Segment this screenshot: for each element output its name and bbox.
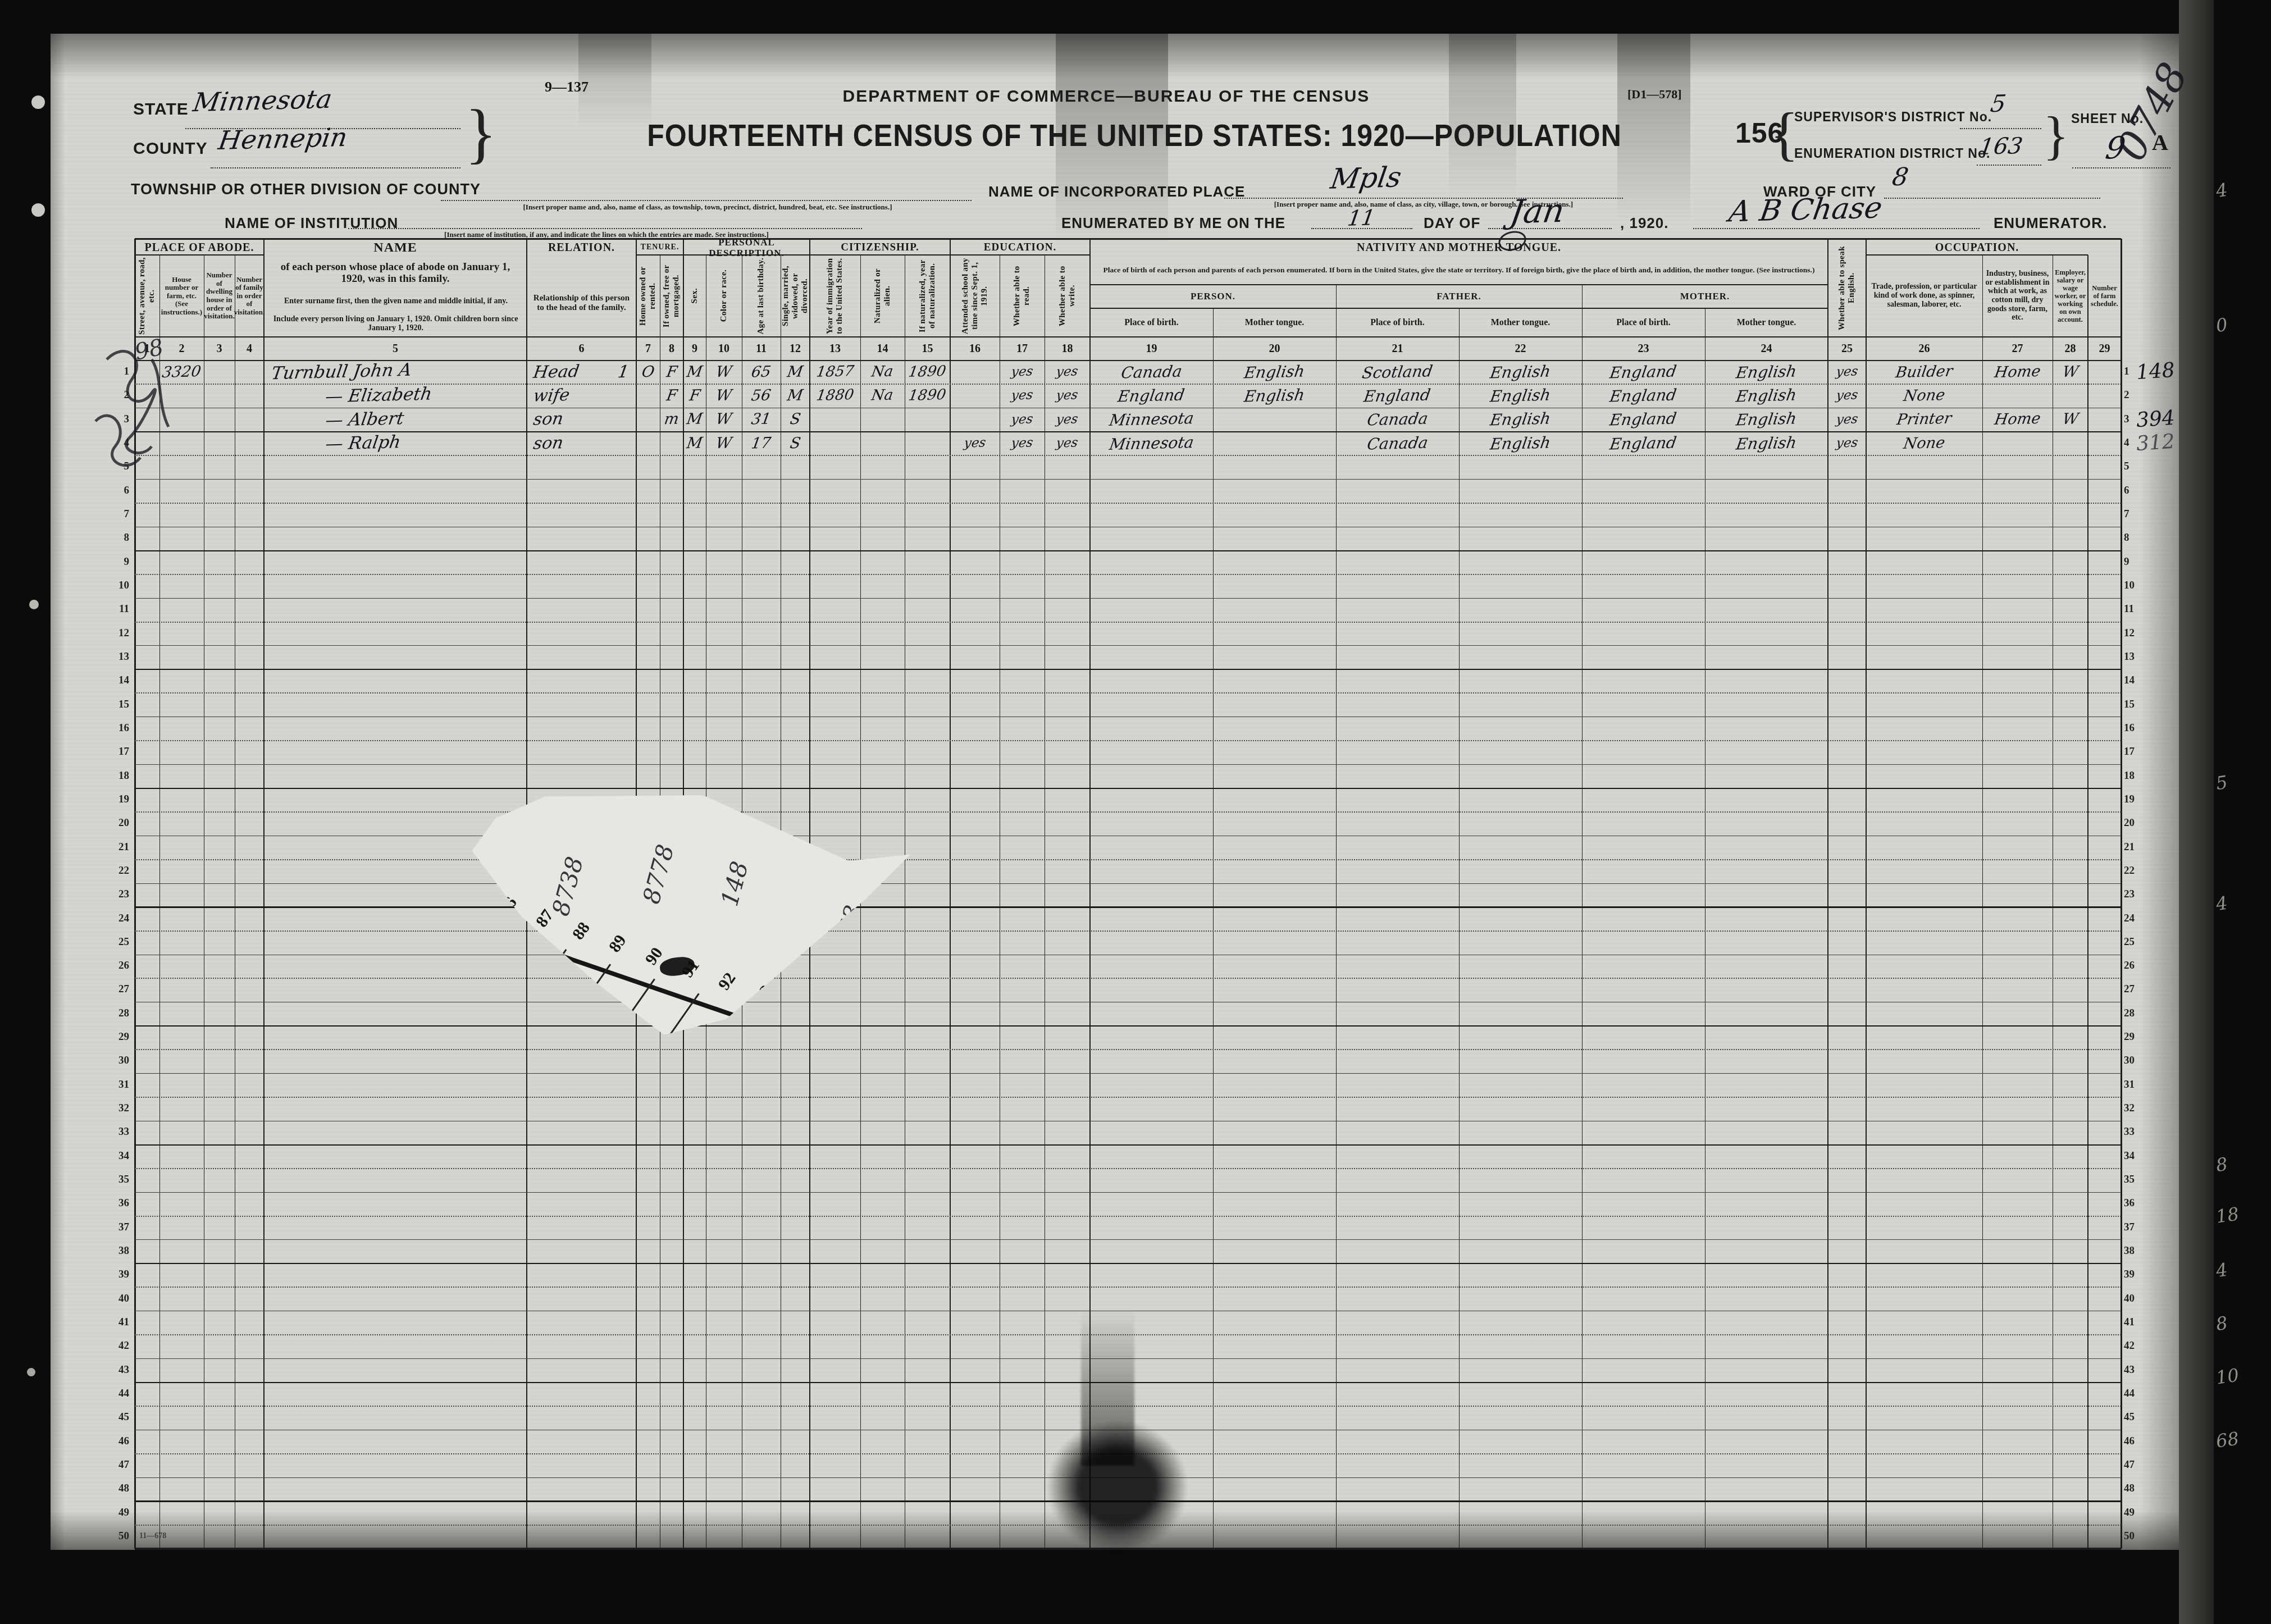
- table-vline: [1213, 308, 1214, 1549]
- table-vline: [1336, 285, 1337, 1549]
- line-number-right: 7: [2124, 508, 2141, 521]
- line-number-right: 37: [2124, 1221, 2141, 1234]
- line-number-left: 28: [109, 1007, 129, 1020]
- handwritten-entry: Home: [1993, 410, 2041, 428]
- column-header-text: Year of immigration to the United States…: [826, 257, 845, 335]
- fragment-scribble: 148: [715, 859, 754, 909]
- line-number-left: 30: [109, 1055, 129, 1067]
- handwritten-entry: 1890: [908, 387, 947, 405]
- row-cell: English: [1459, 382, 1582, 409]
- row-cell: Canada: [1336, 406, 1459, 433]
- line-number-right: 42: [2124, 1340, 2141, 1352]
- line-number-left: 24: [109, 913, 129, 925]
- line-number-right: 5: [2124, 460, 2141, 473]
- column-header-text: If naturalized, year of naturalization.: [918, 257, 937, 335]
- handwritten-entry: yes: [1835, 364, 1859, 380]
- edge-pen-mark: 8: [2214, 1153, 2228, 1176]
- line-number-right: 43: [2124, 1364, 2141, 1376]
- row-line: [135, 811, 2121, 813]
- row-cell: Minnesota: [1090, 406, 1213, 433]
- line-number-left: 38: [109, 1245, 129, 1257]
- row-line: [135, 764, 2121, 765]
- column-number: 28: [2053, 337, 2088, 361]
- row-cell: F: [660, 382, 683, 409]
- handwritten-entry: W: [2061, 363, 2080, 381]
- row-line: [135, 479, 2121, 480]
- column-header-vertical: Whether able to speak English.: [1828, 241, 1866, 335]
- line-number-left: 23: [109, 888, 129, 901]
- line-number-right: 34: [2124, 1150, 2141, 1162]
- column-header-vertical: Sex.: [683, 257, 706, 335]
- row-cell: 1890: [905, 382, 950, 409]
- column-number: 12: [781, 337, 810, 361]
- edge-pen-mark: 10: [2215, 1364, 2241, 1388]
- column-number: 10: [706, 337, 742, 361]
- row-line: [135, 622, 2121, 623]
- row-line: [135, 717, 2121, 717]
- line-number-right: 40: [2124, 1293, 2141, 1305]
- punch-hole: [31, 95, 45, 109]
- column-number: 20: [1213, 337, 1336, 361]
- row-cell: Printer: [1866, 406, 1982, 433]
- page-edge-strip: [2179, 0, 2214, 1624]
- handwritten-entry: 65: [750, 363, 772, 381]
- line-number-right: 35: [2124, 1174, 2141, 1186]
- line-number-right: 2: [2124, 389, 2141, 402]
- handwritten-entry: Canada: [1120, 362, 1183, 382]
- handwritten-entry: None: [1902, 434, 1946, 453]
- row-cell: W: [706, 430, 742, 457]
- row-cell: 65: [742, 358, 781, 385]
- row-cell: None: [1866, 430, 1982, 457]
- row-line: [135, 1025, 2121, 1027]
- handwritten-entry: England: [1117, 385, 1186, 405]
- row-line: [135, 978, 2121, 979]
- table-vline: [235, 255, 235, 1549]
- row-line: [135, 788, 2121, 789]
- row-line: [135, 1168, 2121, 1169]
- line-number-right: 26: [2124, 960, 2141, 972]
- row-line: [135, 503, 2121, 504]
- line-number-right: 44: [2124, 1388, 2141, 1400]
- handwritten-entry: M: [686, 363, 704, 381]
- handwritten-entry: yes: [1010, 388, 1034, 403]
- handwritten-entry: Na: [870, 363, 895, 381]
- row-line: [135, 692, 2121, 694]
- row-cell: W: [706, 358, 742, 385]
- handwritten-entry: W: [2061, 410, 2080, 428]
- margin-tally: 312: [2136, 430, 2176, 456]
- line-number-left: 15: [109, 699, 129, 711]
- line-number-right: 16: [2124, 722, 2141, 735]
- line-number-right: 39: [2124, 1269, 2141, 1281]
- row-line: [135, 930, 2121, 932]
- handwritten-entry: O: [641, 363, 656, 381]
- column-header: Place of birth.: [1582, 311, 1705, 335]
- name-col-main: of each person whose place of abode on J…: [268, 257, 522, 289]
- column-header: Number of dwelling house in order of vis…: [205, 258, 234, 334]
- handwritten-entry: yes: [1055, 364, 1079, 380]
- row-line: [135, 574, 2121, 575]
- row-line: [135, 645, 2121, 646]
- column-header: Number of farm schedule.: [2090, 258, 2119, 334]
- group-header: CITIZENSHIP.: [810, 240, 950, 255]
- handwritten-entry: yes: [1835, 388, 1859, 403]
- column-header: Mother tongue.: [1213, 311, 1336, 335]
- row-line: [135, 527, 2121, 527]
- row-cell: yes: [1000, 382, 1045, 409]
- handwritten-entry: England: [1609, 433, 1678, 453]
- line-number-right: 20: [2124, 817, 2141, 829]
- column-header-text: Whether able to speak English.: [1837, 241, 1857, 335]
- handwritten-entry: Head: [532, 362, 581, 382]
- column-number: 29: [2088, 337, 2121, 361]
- row-cell: yes: [1045, 358, 1090, 385]
- column-header-text: If owned, free or mortgaged.: [662, 257, 681, 335]
- line-number-right: 23: [2124, 888, 2141, 901]
- handwritten-entry: 17: [750, 434, 772, 452]
- row-cell: yes: [1045, 430, 1090, 457]
- edge-pen-mark: 4: [2214, 1259, 2228, 1281]
- name-col-note2: Include every person living on January 1…: [271, 313, 521, 335]
- column-number: 15: [905, 337, 950, 361]
- handwritten-entry: English: [1243, 362, 1306, 382]
- handwritten-entry: Minnesota: [1108, 433, 1195, 454]
- row-line: [135, 1049, 2121, 1050]
- line-number-left: 47: [109, 1459, 129, 1471]
- line-number-left: 36: [109, 1197, 129, 1210]
- line-number-left: 25: [109, 936, 129, 948]
- line-number-left: 7: [109, 508, 129, 521]
- handwritten-entry: English: [1735, 409, 1798, 430]
- line-number-right: 45: [2124, 1411, 2141, 1424]
- line-number-left: 22: [109, 865, 129, 877]
- line-number-left: 11: [109, 603, 129, 615]
- row-cell: English: [1705, 382, 1828, 409]
- handwritten-entry: yes: [1055, 412, 1079, 427]
- column-number: 17: [1000, 337, 1045, 361]
- handwritten-entry: F: [688, 387, 701, 404]
- group-header: OCCUPATION.: [1866, 240, 2088, 255]
- edge-pen-mark: 68: [2215, 1427, 2241, 1452]
- handwritten-entry: English: [1489, 386, 1552, 406]
- row-cell: Home: [1982, 358, 2053, 385]
- handwritten-entry: F: [665, 363, 678, 380]
- group-header: TENURE.: [636, 240, 683, 255]
- row-cell: M: [683, 430, 706, 457]
- line-number-right: 24: [2124, 913, 2141, 925]
- line-number-right: 9: [2124, 556, 2141, 568]
- row-cell: yes: [1000, 358, 1045, 385]
- line-number-left: 45: [109, 1411, 129, 1424]
- line-number-left: 29: [109, 1031, 129, 1043]
- line-number-right: 17: [2124, 746, 2141, 758]
- line-number-left: 27: [109, 983, 129, 996]
- row-cell: English: [1459, 358, 1582, 385]
- row-cell: None: [1866, 382, 1982, 409]
- handwritten-entry: M: [786, 387, 804, 405]
- handwritten-entry: Home: [1993, 363, 2041, 381]
- row-line: [135, 598, 2121, 599]
- row-cell: yes: [1828, 406, 1866, 433]
- line-number-right: 22: [2124, 865, 2141, 877]
- row-cell: English: [1705, 406, 1828, 433]
- row-cell: English: [1459, 406, 1582, 433]
- line-number-left: 46: [109, 1435, 129, 1448]
- row-cell: Canada: [1090, 358, 1213, 385]
- table-vline: [2120, 239, 2122, 1549]
- row-line: [135, 955, 2121, 955]
- table-vline: [905, 255, 905, 1549]
- nativity-sub-header: FATHER.: [1336, 288, 1582, 305]
- column-header: Trade, profession, or particular kind of…: [1868, 258, 1981, 334]
- column-header: Place of birth.: [1090, 311, 1213, 335]
- line-number-right: 21: [2124, 841, 2141, 854]
- row-cell: M: [683, 406, 706, 433]
- line-number-right: 6: [2124, 485, 2141, 497]
- column-number: 22: [1459, 337, 1582, 361]
- row-cell: Minnesota: [1090, 430, 1213, 457]
- handwritten-entry: S: [788, 410, 801, 428]
- column-number: 19: [1090, 337, 1213, 361]
- column-header-text: Whether able to read.: [1013, 257, 1032, 335]
- handwritten-entry: m: [663, 410, 680, 428]
- column-number: 16: [950, 337, 1000, 361]
- handwritten-entry: — Ralph: [324, 432, 402, 454]
- column-header: Industry, business, or establishment in …: [1984, 258, 2051, 334]
- line-number-right: 47: [2124, 1459, 2141, 1471]
- group-header: RELATION.: [527, 240, 636, 255]
- row-cell: M: [781, 382, 810, 409]
- group-header: NATIVITY AND MOTHER TONGUE.: [1090, 240, 1828, 255]
- row-line: [135, 859, 2121, 860]
- row-cell: Turnbull John A: [264, 358, 535, 385]
- handwritten-entry: Canada: [1366, 433, 1429, 453]
- row-cell: England: [1582, 358, 1705, 385]
- row-cell: England: [1582, 382, 1705, 409]
- handwritten-entry: yes: [1010, 436, 1034, 451]
- row-cell: yes: [1828, 358, 1866, 385]
- column-header-vertical: Whether able to write.: [1045, 257, 1090, 335]
- row-cell: yes: [1045, 406, 1090, 433]
- line-number-left: 19: [109, 793, 129, 806]
- row-line: [135, 1192, 2121, 1193]
- row-line: [135, 740, 2121, 741]
- column-header: House number or farm, etc. (See instruct…: [161, 258, 203, 334]
- line-number-left: 41: [109, 1316, 129, 1329]
- line-number-left: 10: [109, 580, 129, 592]
- handwritten-entry: W: [715, 434, 733, 452]
- table-hline: [1090, 284, 1828, 285]
- table-vline: [1459, 308, 1460, 1549]
- handwritten-entry: yes: [1835, 436, 1859, 451]
- row-cell: W: [706, 382, 742, 409]
- line-number-right: 48: [2124, 1482, 2141, 1495]
- row-line: [135, 1002, 2121, 1002]
- column-header-vertical: If owned, free or mortgaged.: [660, 257, 683, 335]
- row-cell: M: [781, 358, 810, 385]
- table-hline: [1090, 308, 1828, 309]
- line-number-right: 46: [2124, 1435, 2141, 1448]
- handwritten-entry: 31: [750, 410, 772, 428]
- column-header-text: Color or race.: [719, 270, 729, 322]
- line-number-right: 36: [2124, 1197, 2141, 1210]
- row-cell: 56: [742, 382, 781, 409]
- handwritten-entry: W: [715, 410, 733, 428]
- handwritten-entry: 1857: [815, 363, 855, 381]
- handwritten-entry: son: [532, 409, 564, 430]
- row-cell: F: [683, 382, 706, 409]
- line-number-right: 14: [2124, 674, 2141, 687]
- line-number-left: 42: [109, 1340, 129, 1352]
- handwritten-entry: yes: [1055, 436, 1079, 451]
- line-number-left: 18: [109, 770, 129, 782]
- punch-hole: [31, 203, 45, 217]
- row-cell: wife: [527, 382, 643, 409]
- handwritten-entry: Na: [870, 387, 895, 404]
- handwritten-entry: S: [788, 434, 801, 451]
- row-line: [135, 1216, 2121, 1217]
- row-cell: English: [1213, 358, 1336, 385]
- column-number: 8: [660, 337, 683, 361]
- handwritten-entry: — Elizabeth: [324, 384, 434, 407]
- line-number-left: 33: [109, 1126, 129, 1138]
- line-number-left: 35: [109, 1174, 129, 1186]
- column-header-vertical: Year of immigration to the United States…: [810, 257, 860, 335]
- handwritten-entry: Turnbull John A: [270, 360, 413, 384]
- handwritten-entry: Scotland: [1361, 362, 1434, 382]
- line-number-right: 10: [2124, 580, 2141, 592]
- handwritten-entry: yes: [1055, 388, 1079, 403]
- line-number-left: 40: [109, 1293, 129, 1305]
- fragment-scribble: 8738: [546, 854, 589, 919]
- column-header: Relationship of this person to the head …: [531, 275, 632, 331]
- handwritten-entry: England: [1609, 362, 1678, 382]
- nativity-sub-header: MOTHER.: [1582, 288, 1828, 305]
- row-cell: Scotland: [1336, 358, 1459, 385]
- group-header: PERSONAL DESCRIPTION.: [683, 240, 810, 255]
- line-number-right: 18: [2124, 770, 2141, 782]
- handwritten-entry: 1890: [908, 363, 947, 381]
- handwritten-entry: English: [1735, 433, 1798, 453]
- handwritten-entry: English: [1489, 433, 1552, 453]
- line-number-left: 8: [109, 532, 129, 544]
- column-number: 13: [810, 337, 860, 361]
- column-number: 6: [527, 337, 636, 361]
- row-cell: S: [781, 430, 810, 457]
- row-cell: 31: [742, 406, 781, 433]
- column-header-vertical: Street, avenue, road, etc.: [135, 257, 159, 335]
- column-number: 25: [1828, 337, 1866, 361]
- handwritten-entry: yes: [1835, 412, 1859, 427]
- row-line: [135, 906, 2121, 907]
- column-number: 7: [636, 337, 660, 361]
- edge-pen-mark: 4: [2214, 179, 2228, 202]
- line-number-left: 50: [109, 1530, 129, 1543]
- row-line: [135, 1097, 2121, 1098]
- line-number-left: 17: [109, 746, 129, 758]
- row-cell: England: [1582, 406, 1705, 433]
- line-number-right: 30: [2124, 1055, 2141, 1067]
- line-number-left: 14: [109, 674, 129, 687]
- column-number: 18: [1045, 337, 1090, 361]
- handwritten-entry: Builder: [1895, 362, 1954, 381]
- row-cell: 1857: [810, 358, 860, 385]
- column-number: 26: [1866, 337, 1982, 361]
- column-header-vertical: Attended school any time since Sept. 1, …: [950, 257, 1000, 335]
- handwritten-entry: None: [1902, 386, 1946, 405]
- punch-hole: [29, 600, 39, 609]
- row-cell: Builder: [1866, 358, 1982, 385]
- column-header: Employer, salary or wage worker, or work…: [2054, 258, 2086, 334]
- line-number-left: 34: [109, 1150, 129, 1162]
- edge-pen-mark: 8: [2214, 1312, 2228, 1335]
- row-cell: 1890: [905, 358, 950, 385]
- row-cell: W: [2053, 358, 2088, 385]
- table-hline: [135, 238, 2121, 240]
- edge-pen-mark: 5: [2214, 772, 2228, 794]
- row-cell: W: [706, 406, 742, 433]
- row-line: [135, 669, 2121, 670]
- line-number-right: 25: [2124, 936, 2141, 948]
- row-cell: England: [1582, 430, 1705, 457]
- row-line: [135, 1144, 2121, 1146]
- margin-scribble: 98: [73, 326, 208, 494]
- line-number-left: 43: [109, 1364, 129, 1376]
- line-number-right: 29: [2124, 1031, 2141, 1043]
- handwritten-entry: England: [1609, 385, 1678, 405]
- group-header: PLACE OF ABODE.: [135, 240, 264, 255]
- line-number-left: 16: [109, 722, 129, 735]
- column-header-vertical: If naturalized, year of naturalization.: [905, 257, 950, 335]
- line-number-right: 27: [2124, 983, 2141, 996]
- row-line: [135, 1287, 2121, 1288]
- edge-pen-mark: 18: [2215, 1203, 2241, 1227]
- handwritten-entry: W: [715, 387, 733, 405]
- row-cell: M: [683, 358, 706, 385]
- row-line: [135, 1263, 2121, 1264]
- row-line: [135, 1121, 2121, 1121]
- nativity-note: Place of birth of each person and parent…: [1095, 257, 1823, 284]
- line-number-right: 12: [2124, 627, 2141, 640]
- table-vline: [2053, 255, 2053, 1549]
- column-number: 24: [1705, 337, 1828, 361]
- row-line: [135, 836, 2121, 836]
- row-cell: yes: [1828, 430, 1866, 457]
- column-number: 27: [1982, 337, 2053, 361]
- line-number-right: 15: [2124, 699, 2141, 711]
- line-number-right: 38: [2124, 1245, 2141, 1257]
- line-number-left: 26: [109, 960, 129, 972]
- row-cell: English: [1705, 430, 1828, 457]
- column-header-vertical: Color or race.: [706, 257, 742, 335]
- column-header-text: Street, avenue, road, etc.: [138, 257, 157, 335]
- table-vline: [1582, 285, 1583, 1549]
- column-header-text: Home owned or rented.: [639, 257, 658, 335]
- row-cell: 1880: [810, 382, 860, 409]
- handwritten-entry: son: [532, 433, 564, 453]
- row-cell: yes: [1000, 430, 1045, 457]
- handwritten-entry: Printer: [1896, 410, 1953, 429]
- line-number-right: 28: [2124, 1007, 2141, 1020]
- line-number-right: 50: [2124, 1530, 2141, 1543]
- column-header-text: Sex.: [690, 288, 700, 303]
- line-number-left: 39: [109, 1269, 129, 1281]
- handwritten-entry: yes: [1010, 364, 1034, 380]
- column-number: 9: [683, 337, 706, 361]
- column-number: 21: [1336, 337, 1459, 361]
- fragment-scribble: 8778: [637, 842, 680, 907]
